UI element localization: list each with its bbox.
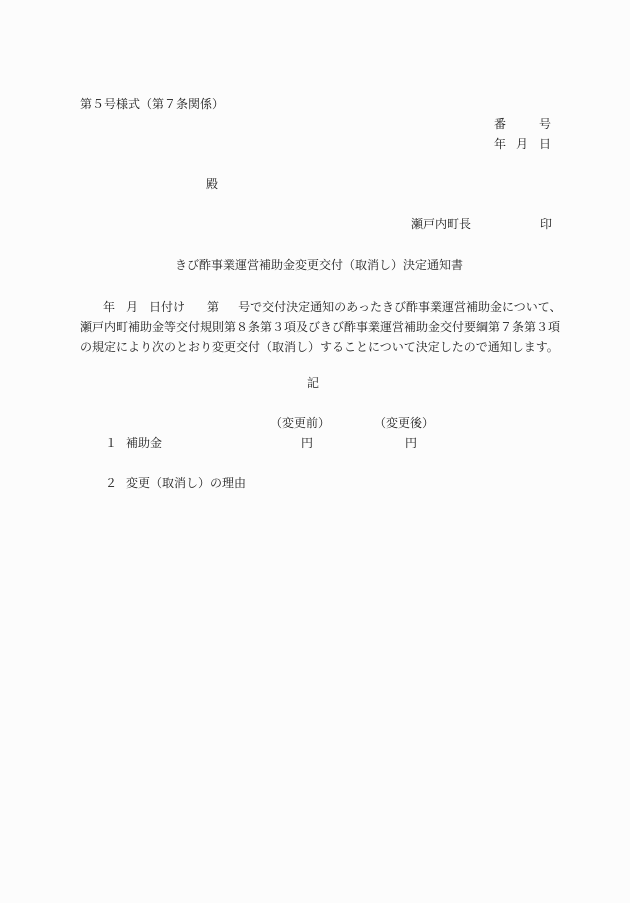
- item-1-before-unit: 円: [301, 436, 313, 450]
- addressee-honorific: 殿: [206, 177, 218, 191]
- item-2-number: ２: [105, 476, 117, 490]
- item-2-label: 変更（取消し）の理由: [126, 476, 246, 490]
- date-year: 年: [494, 137, 506, 151]
- body-dai: 第: [207, 300, 219, 314]
- item-1-after-unit: 円: [405, 436, 417, 450]
- date-day: 日: [539, 137, 551, 151]
- body-day-suffix: 日付け: [149, 300, 185, 314]
- document-page: 第５号様式（第７条関係） 番 号 年 月 日 殿 瀬戸内町長 印 きび酢事業運営…: [0, 0, 630, 903]
- body-month: 月: [126, 300, 138, 314]
- form-number: 第５号様式（第７条関係）: [80, 97, 224, 111]
- body-paragraph: 年月日付け第号で交付決定通知のあったきび酢事業運営補助金について、 瀬戸内町補助…: [80, 297, 552, 357]
- date-month: 月: [516, 137, 528, 151]
- body-line-1: 年月日付け第号で交付決定通知のあったきび酢事業運営補助金について、: [80, 297, 552, 317]
- column-before: （変更前）: [270, 416, 330, 430]
- body-line-1-rest: 号で交付決定通知のあったきび酢事業運営補助金について、: [238, 300, 561, 314]
- body-line-2: 瀬戸内町補助金等交付規則第８条第３項及びきび酢事業運営補助金交付要綱第７条第３項: [80, 317, 552, 337]
- record-heading: 記: [307, 376, 319, 390]
- body-year: 年: [103, 300, 115, 314]
- column-after: （変更後）: [374, 416, 434, 430]
- body-line-3: の規定により次のとおり変更交付（取消し）することについて決定したので通知します。: [80, 337, 552, 357]
- item-1-number: １: [105, 436, 117, 450]
- issuer-name: 瀬戸内町長: [411, 217, 471, 231]
- number-label-left: 番: [494, 117, 506, 131]
- document-title: きび酢事業運営補助金変更交付（取消し）決定通知書: [175, 258, 463, 272]
- item-1-label: 補助金: [126, 436, 162, 450]
- number-label-right: 号: [539, 117, 551, 131]
- seal-mark: 印: [540, 217, 552, 231]
